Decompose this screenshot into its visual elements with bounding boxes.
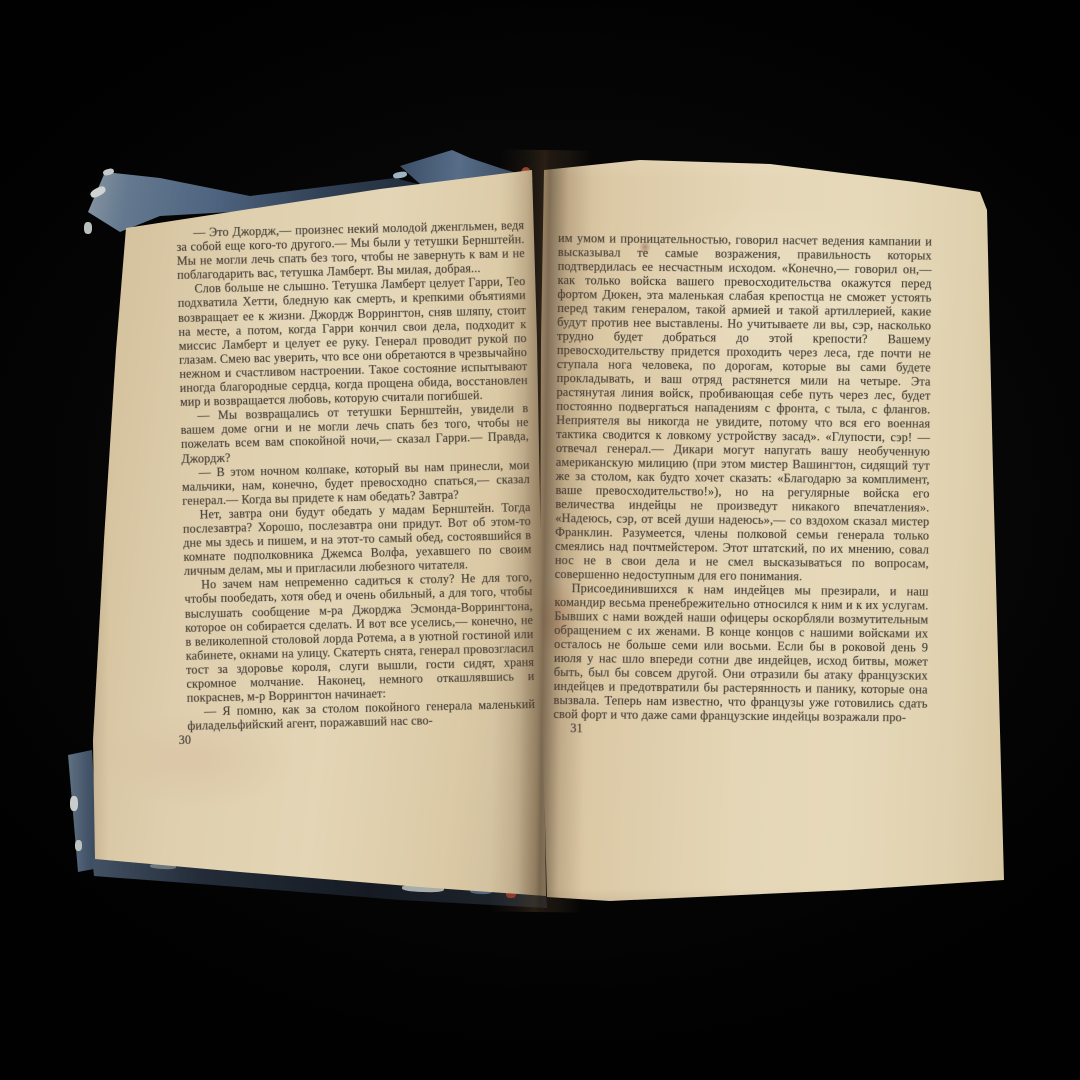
- paragraph: — Это Джордж,— произнес некий молодой дж…: [176, 218, 525, 282]
- paragraph: Присоединившихся к нам индейцев мы прези…: [553, 581, 928, 725]
- paragraph: — Мы возвращались от тетушки Бернштейн, …: [180, 401, 529, 465]
- right-page-text: им умом и проницательностью, говорил нас…: [553, 231, 932, 739]
- photo-background: — Это Джордж,— произнес некий молодой дж…: [0, 0, 1080, 1080]
- paragraph: Нет, завтра они будут обедать у мадам Бе…: [182, 500, 532, 578]
- worn-edge-fleck: [70, 796, 78, 811]
- paragraph: им умом и проницательностью, говорил нас…: [555, 231, 932, 585]
- worn-edge-fleck: [75, 840, 82, 851]
- left-page-text: — Это Джордж,— произнес некий молодой дж…: [176, 218, 536, 747]
- worn-edge-fleck: [84, 222, 92, 234]
- paragraph: Слов больше не слышно. Тетушка Ламберт ц…: [177, 274, 528, 409]
- worn-edge-fleck: [393, 171, 408, 179]
- paragraph: Но зачем нам непременно садиться к столу…: [184, 570, 535, 705]
